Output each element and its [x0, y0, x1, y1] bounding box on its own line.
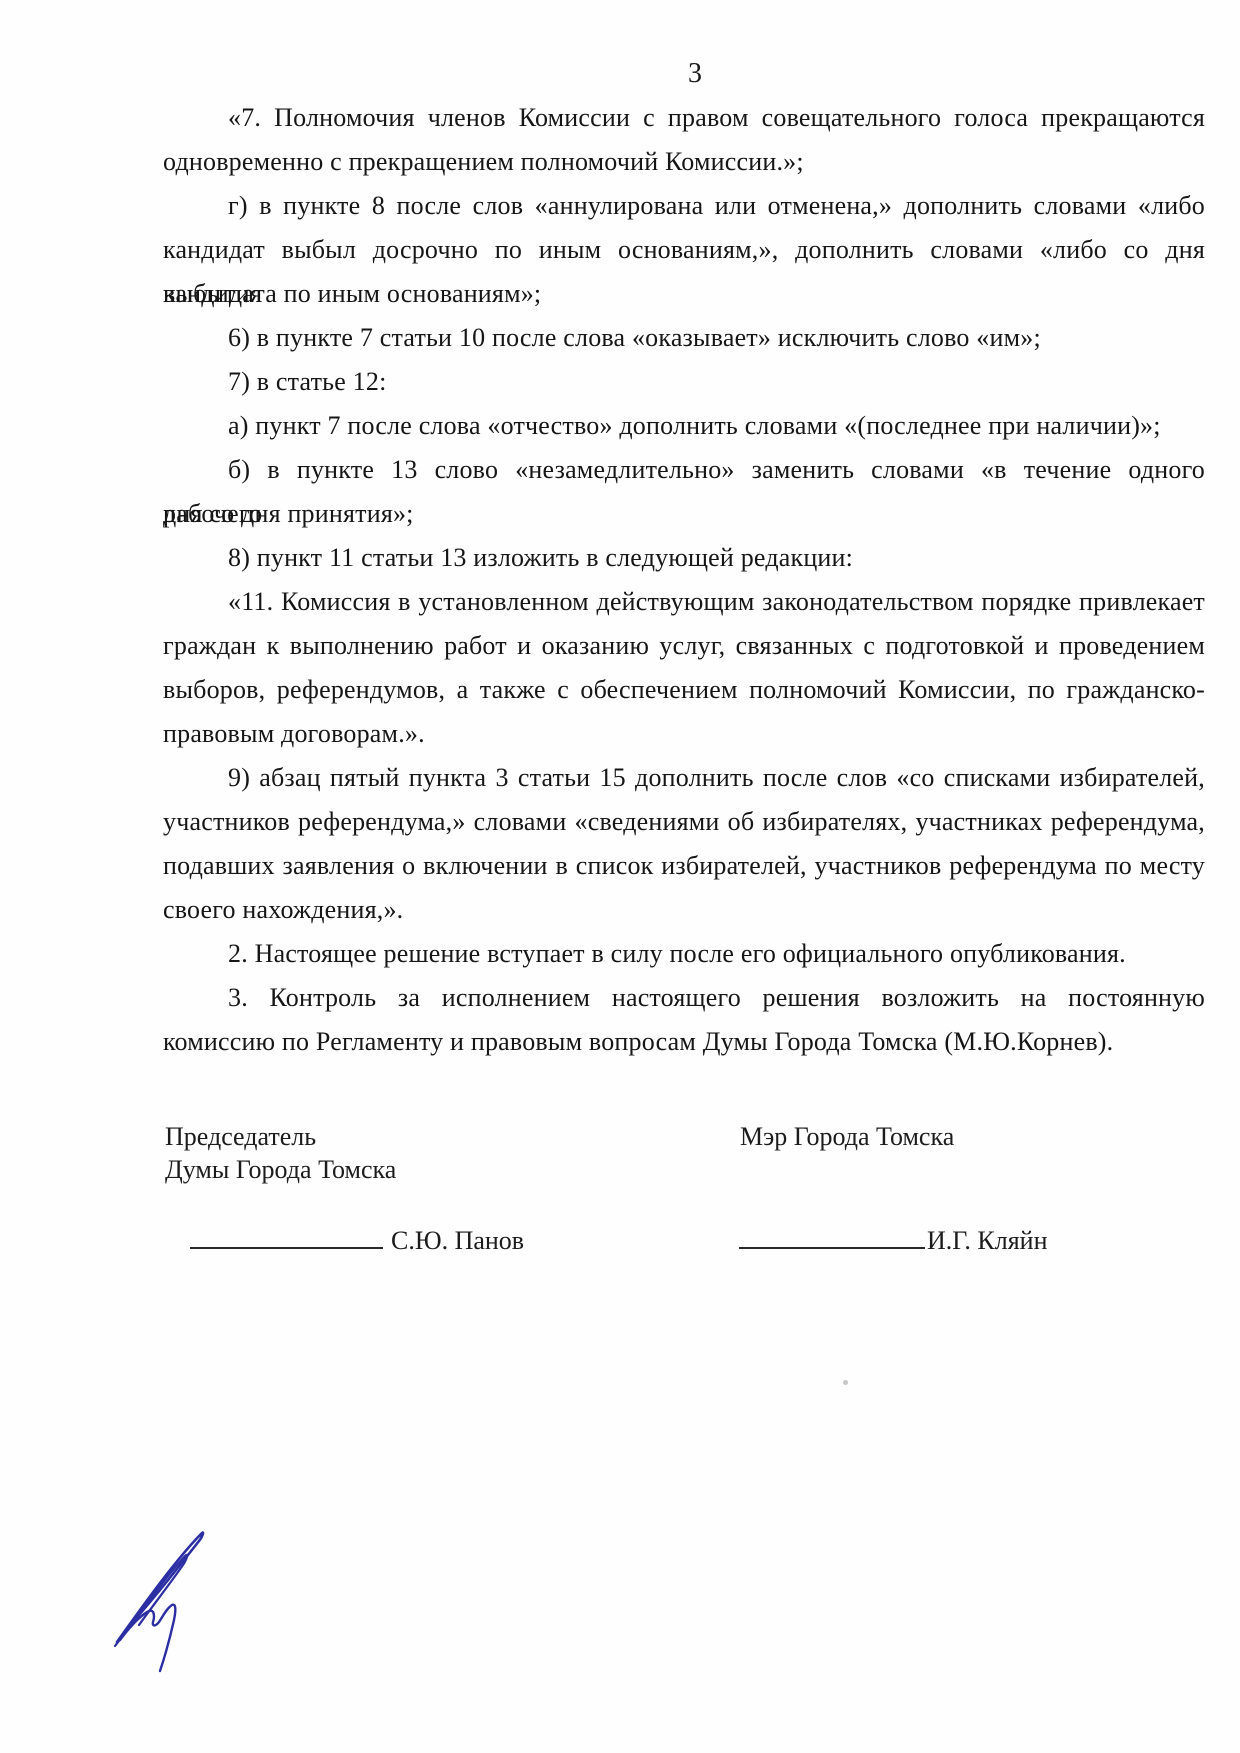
document-page: 3 «7. Полномочия членов Комиссии с право… [0, 0, 1240, 1753]
page-number: 3 [688, 58, 702, 90]
mayor-title-line1: Мэр Города Томска [740, 1120, 954, 1153]
text-line: граждан к выполнению работ и оказанию ус… [163, 624, 1205, 668]
text-line: б) в пункте 13 слово «незамедлительно» з… [163, 448, 1205, 492]
chairman-name: С.Ю. Панов [391, 1226, 524, 1255]
mayor-name: И.Г. Кляйн [927, 1226, 1047, 1255]
text-line: 8) пункт 11 статьи 13 изложить в следующ… [163, 536, 1205, 580]
mayor-signature-line [739, 1221, 925, 1249]
text-line: 2. Настоящее решение вступает в силу пос… [163, 932, 1205, 976]
handwritten-signature [103, 1512, 215, 1674]
text-line: участников референдума,» словами «сведен… [163, 800, 1205, 844]
text-line: своего нахождения,». [163, 888, 1205, 932]
chairman-title-line2: Думы Города Томска [165, 1153, 396, 1186]
text-line: «11. Комиссия в установленном действующи… [163, 580, 1205, 624]
text-line: подавших заявления о включении в список … [163, 844, 1205, 888]
text-line: комиссию по Регламенту и правовым вопрос… [163, 1020, 1205, 1064]
text-line: 9) абзац пятый пункта 3 статьи 15 дополн… [163, 756, 1205, 800]
signature-ink-strokes [115, 1533, 203, 1671]
chairman-signature-line [190, 1221, 383, 1249]
scan-artifact-dot [843, 1380, 848, 1385]
text-line: правовым договорам.». [163, 712, 1205, 756]
text-line: одновременно с прекращением полномочий К… [163, 140, 1205, 184]
text-line: кандидата по иным основаниям»; [163, 272, 1205, 316]
text-line: а) пункт 7 после слова «отчество» дополн… [163, 404, 1205, 448]
text-line: выборов, референдумов, а также с обеспеч… [163, 668, 1205, 712]
mayor-title: Мэр Города Томска [740, 1120, 954, 1153]
chairman-title: Председатель Думы Города Томска [165, 1120, 396, 1186]
document-lines: «7. Полномочия членов Комиссии с правом … [163, 96, 1205, 1064]
text-line: кандидат выбыл досрочно по иным основани… [163, 228, 1205, 272]
text-line: 6) в пункте 7 статьи 10 после слова «ока… [163, 316, 1205, 360]
text-line: 7) в статье 12: [163, 360, 1205, 404]
text-line: дня со дня принятия»; [163, 492, 1205, 536]
chairman-title-line1: Председатель [165, 1120, 396, 1153]
chairman-signature-row: С.Ю. Панов [190, 1221, 524, 1256]
text-line: г) в пункте 8 после слов «аннулирована и… [163, 184, 1205, 228]
mayor-signature-row: И.Г. Кляйн [739, 1221, 1047, 1256]
text-line: 3. Контроль за исполнением настоящего ре… [163, 976, 1205, 1020]
text-line: «7. Полномочия членов Комиссии с правом … [163, 96, 1205, 140]
